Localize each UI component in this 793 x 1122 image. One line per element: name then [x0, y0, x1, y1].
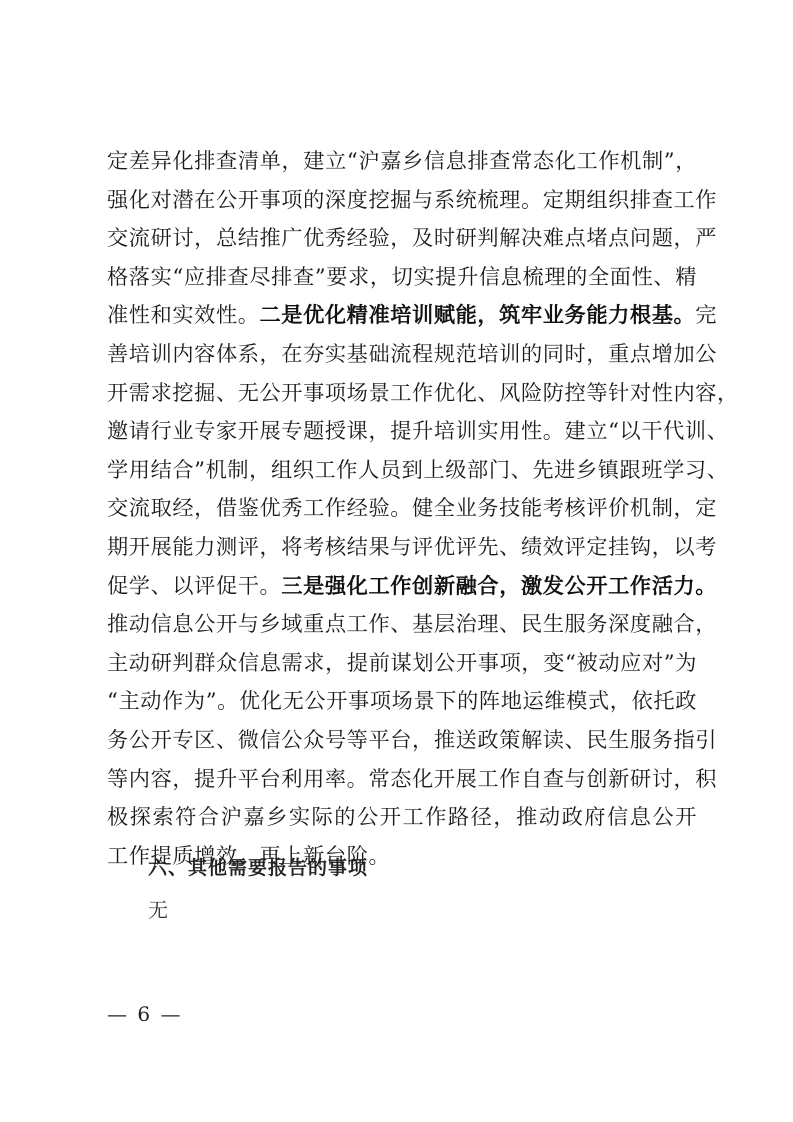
text-segment: 学用结合”机制，组织工作人员到上级部门、先进乡镇跟班学习、	[107, 457, 728, 482]
text-segment: 强化对潜在公开事项的深度挖掘与系统梳理。定期组织排查工作	[107, 187, 717, 212]
text-segment: 格落实“应排查尽排查”要求，切实提升信息梳理的全面性、精	[107, 264, 697, 289]
text-segment: 交流取经，借鉴优秀工作经验。健全业务技能考核评价机制，定	[107, 495, 717, 520]
bold-subheading: 三是强化工作创新融合，激发公开工作活力。	[281, 573, 717, 598]
text-line: 交流研讨，总结推广优秀经验，及时研判解决难点堵点问题，严	[107, 219, 697, 258]
section-heading: 六、其他需要报告的事项	[148, 853, 368, 880]
body-paragraph: 定差异化排查清单，建立“沪嘉乡信息排查常态化工作机制”， 强化对潜在公开事项的深…	[107, 142, 697, 875]
document-page: 定差异化排查清单，建立“沪嘉乡信息排查常态化工作机制”， 强化对潜在公开事项的深…	[0, 0, 793, 1122]
text-line: 善培训内容体系，在夯实基础流程规范培训的同时，重点增加公	[107, 335, 697, 374]
text-segment: 主动研判群众信息需求，提前谋划公开事项，变“被动应对”为	[107, 650, 697, 675]
text-line: 邀请行业专家开展专题授课，提升培训实用性。建立“以干代训、	[107, 412, 697, 451]
text-segment: 促学、以评促干。	[107, 573, 281, 598]
text-segment: 完	[695, 302, 717, 327]
text-segment: 期开展能力测评，将考核结果与评优评先、绩效评定挂钩，以考	[107, 534, 717, 559]
text-segment: 推动信息公开与乡域重点工作、基层治理、民生服务深度融合，	[107, 611, 717, 636]
text-line: 交流取经，借鉴优秀工作经验。健全业务技能考核评价机制，定	[107, 489, 697, 528]
text-segment: 极探索符合沪嘉乡实际的公开工作路径，推动政府信息公开	[107, 804, 697, 829]
text-line: 务公开专区、微信公众号等平台，推送政策解读、民生服务指引	[107, 721, 697, 760]
text-line: 期开展能力测评，将考核结果与评优评先、绩效评定挂钩，以考	[107, 528, 697, 567]
text-segment: “主动作为”。优化无公开事项场景下的阵地运维模式，依托政	[107, 688, 697, 713]
text-segment: 交流研讨，总结推广优秀经验，及时研判解决难点堵点问题，严	[107, 225, 717, 250]
section-body: 无	[148, 894, 168, 923]
bold-subheading: 二是优化精准培训赋能，筑牢业务能力根基。	[260, 302, 696, 327]
text-line: 主动研判群众信息需求，提前谋划公开事项，变“被动应对”为	[107, 644, 697, 683]
text-line: “主动作为”。优化无公开事项场景下的阵地运维模式，依托政	[107, 682, 697, 721]
text-segment: 务公开专区、微信公众号等平台，推送政策解读、民生服务指引	[107, 727, 717, 752]
text-line: 准性和实效性。二是优化精准培训赋能，筑牢业务能力根基。完	[107, 296, 697, 335]
text-line: 格落实“应排查尽排查”要求，切实提升信息梳理的全面性、精	[107, 258, 697, 297]
text-line: 定差异化排查清单，建立“沪嘉乡信息排查常态化工作机制”，	[107, 142, 697, 181]
text-segment: 开需求挖掘、无公开事项场景工作优化、风险防控等针对性内容，	[107, 380, 739, 405]
page-number: — 6 —	[107, 1002, 182, 1026]
text-line: 推动信息公开与乡域重点工作、基层治理、民生服务深度融合，	[107, 605, 697, 644]
text-segment: 准性和实效性。	[107, 302, 260, 327]
text-segment: 善培训内容体系，在夯实基础流程规范培训的同时，重点增加公	[107, 341, 717, 366]
text-line: 学用结合”机制，组织工作人员到上级部门、先进乡镇跟班学习、	[107, 451, 697, 490]
text-line: 极探索符合沪嘉乡实际的公开工作路径，推动政府信息公开	[107, 798, 697, 837]
text-segment: 等内容，提升平台利用率。常态化开展工作自查与创新研讨，积	[107, 766, 717, 791]
text-segment: 定差异化排查清单，建立“沪嘉乡信息排查常态化工作机制”，	[107, 148, 697, 173]
text-line: 促学、以评促干。三是强化工作创新融合，激发公开工作活力。	[107, 567, 697, 606]
text-line: 等内容，提升平台利用率。常态化开展工作自查与创新研讨，积	[107, 760, 697, 799]
text-line: 强化对潜在公开事项的深度挖掘与系统梳理。定期组织排查工作	[107, 181, 697, 220]
text-line: 开需求挖掘、无公开事项场景工作优化、风险防控等针对性内容，	[107, 374, 697, 413]
text-segment: 邀请行业专家开展专题授课，提升培训实用性。建立“以干代训、	[107, 418, 728, 443]
